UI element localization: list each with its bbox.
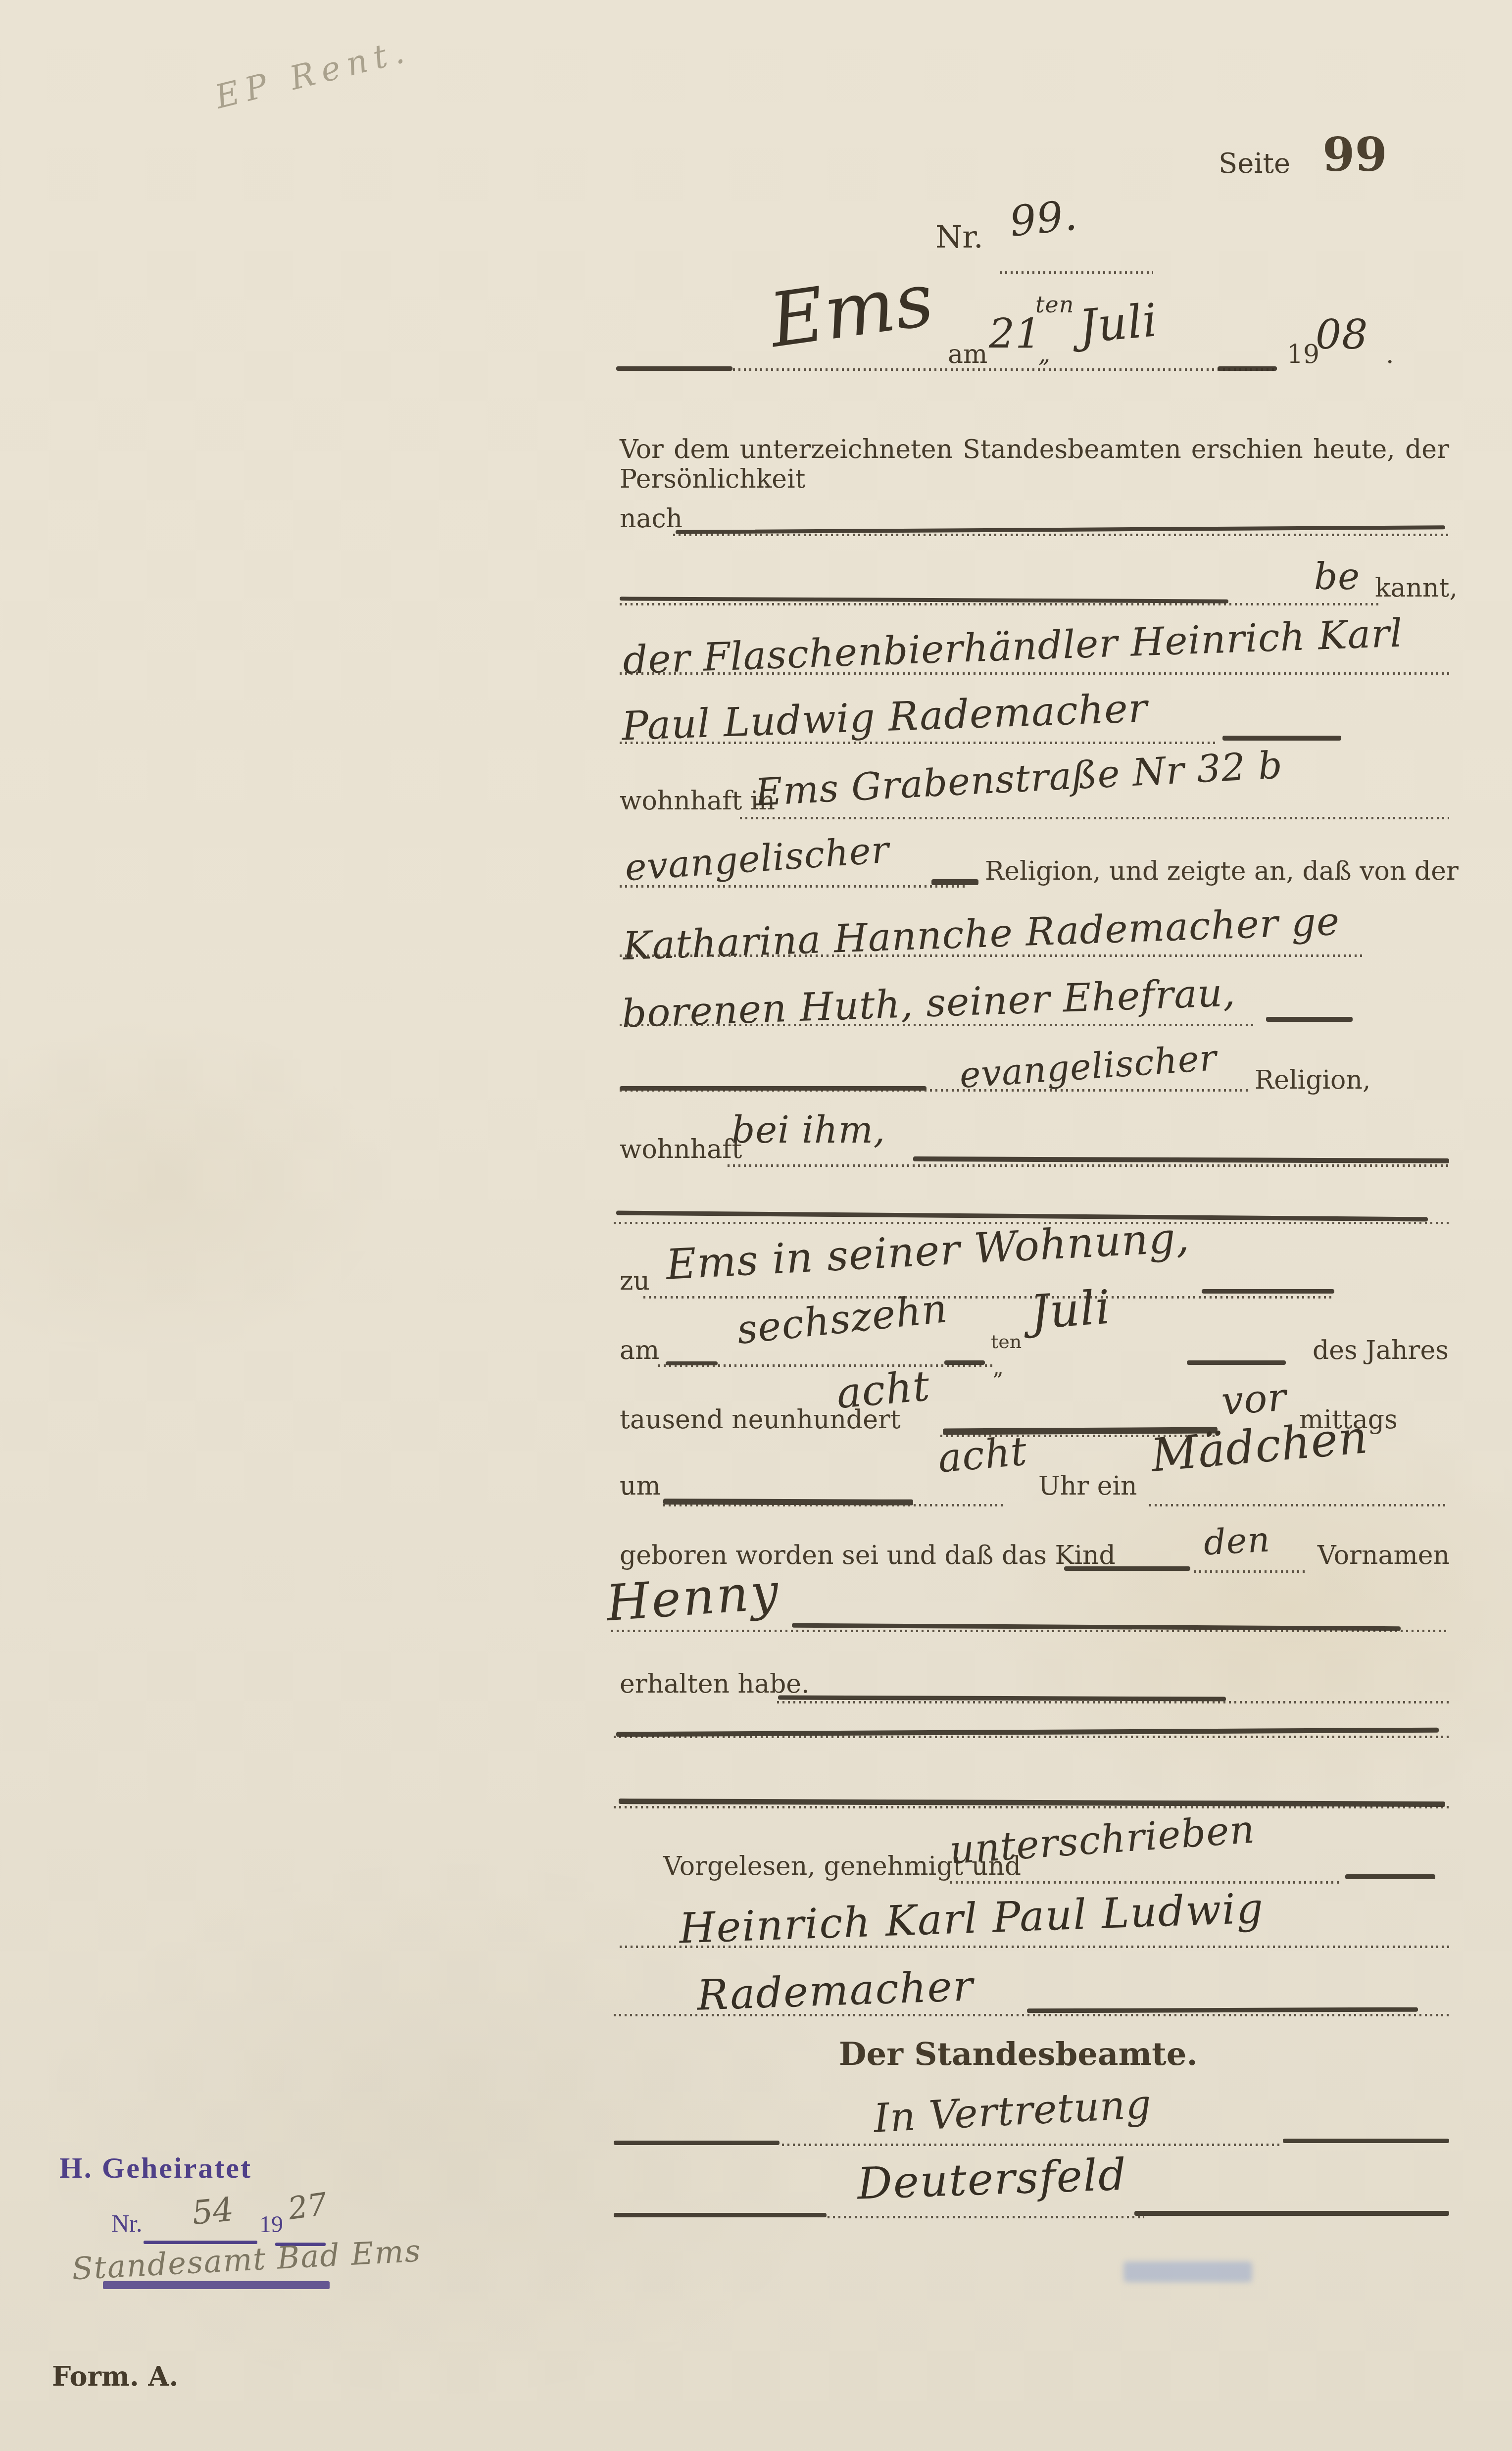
birth-place-hw: Ems in seiner Wohnung,: [665, 1213, 1191, 1289]
ink-stroke: [931, 879, 978, 885]
intro-line1: Vor dem unterzeichneten Standesbeamten e…: [620, 435, 1449, 494]
ruled-line: [1194, 1570, 1305, 1573]
ruled-line: [620, 1024, 1253, 1026]
um-label: um: [620, 1471, 661, 1501]
ink-stroke: [944, 1360, 985, 1365]
ruled-line: [663, 1504, 1005, 1506]
ink-stroke: [1345, 1874, 1435, 1879]
officer-signature: Deutersfeld: [856, 2149, 1127, 2209]
ruled-line: [620, 672, 1449, 675]
ruled-line: [828, 2216, 1144, 2218]
ink-stroke: [1222, 736, 1341, 741]
ruled-line: [620, 1089, 1248, 1092]
dateline-period: .: [1386, 340, 1394, 369]
dateline-ditto-mark: „: [1038, 341, 1051, 367]
cross-out-stroke: [676, 525, 1445, 534]
mother-religion-hw: evangelischer: [958, 1037, 1219, 1096]
declarant-line2: Paul Ludwig Rademacher: [621, 685, 1148, 749]
ruled-line: [614, 2014, 1449, 2016]
ruled-line: [673, 534, 1449, 536]
residence-hw: Ems Grabenstraße Nr 32 b: [754, 743, 1283, 814]
stamp-year-print: 19: [259, 2211, 283, 2238]
geheiratet-stamp-text: H. Geheiratet: [59, 2151, 252, 2185]
form-label: Form. A.: [52, 2360, 178, 2392]
ruled-line: [620, 1946, 1449, 1948]
ruled-line: [1149, 1504, 1446, 1506]
stamp-underline-bar: [103, 2281, 330, 2289]
religion-print-label: Religion, und zeigte an, daß von der: [985, 856, 1459, 886]
dateline-year-hw: 08: [1316, 312, 1368, 359]
dateline-am-label: am: [948, 340, 987, 369]
ruled-line: [782, 2144, 1282, 2146]
ink-stroke: [614, 2213, 827, 2217]
dateline-place: Ems: [765, 256, 939, 364]
wohnhaft-label: wohnhaft: [620, 1135, 742, 1164]
intro-nach-label: nach: [620, 504, 683, 534]
page-number: 99: [1322, 128, 1387, 182]
pencil-annotation: EP Rent.: [211, 31, 415, 116]
birth-month-hw: Juli: [1028, 1280, 1113, 1340]
dateline-day-suffix: ten: [1035, 291, 1074, 318]
ruled-line: [658, 1364, 995, 1367]
birth-day-hw: sechszehn: [734, 1285, 950, 1353]
den-hw: den: [1203, 1519, 1271, 1563]
geboren-label: geboren worden sei und daß das Kind: [620, 1541, 1116, 1570]
ten-label: ten: [991, 1331, 1022, 1352]
ruled-line: [740, 817, 1449, 819]
declarant-signature-line2: Rademacher: [696, 1961, 975, 2019]
mother-line2: borenen Huth, seiner Ehefrau,: [621, 970, 1236, 1036]
ink-stroke: [1266, 1017, 1353, 1022]
standesbeamte-title: Der Standesbeamte.: [839, 2036, 1198, 2073]
cross-out-stroke: [778, 1695, 1226, 1701]
intro-kannt-label: kannt,: [1375, 573, 1458, 603]
ruled-line: [620, 885, 966, 888]
intro-be-hw: be: [1314, 555, 1360, 598]
ink-stroke: [1064, 1566, 1190, 1571]
cross-out-stroke: [616, 1211, 1428, 1222]
blue-stamp-residue: [1123, 2261, 1252, 2282]
des-jahres-label: des Jahres: [1313, 1336, 1449, 1365]
ink-stroke: [1283, 2139, 1449, 2143]
ruled-line: [620, 742, 1219, 744]
in-vertretung-hw: In Vertretung: [873, 2081, 1153, 2141]
ruled-line: [950, 1881, 1341, 1884]
ink-stroke: [1202, 1289, 1334, 1294]
ruled-line: [1000, 271, 1153, 274]
mother-religion-print-label: Religion,: [1255, 1065, 1370, 1095]
religion-hw: evangelischer: [624, 828, 891, 889]
stamp-year-hw: 27: [286, 2186, 329, 2227]
document-scan: EP Rent. Seite 99 Nr. 99. Ems am 21 ten …: [0, 0, 1512, 2451]
ruled-line: [728, 1164, 1449, 1167]
hour-hw: acht: [936, 1428, 1029, 1481]
child-name-hw: Henny: [604, 1562, 782, 1632]
page-header-seite-label: Seite: [1219, 148, 1290, 180]
stamp-number-hw: 54: [190, 2190, 236, 2232]
dateline-day: 21: [989, 311, 1041, 358]
vornamen-label: Vornamen: [1317, 1541, 1450, 1570]
unterschrieben-hw: unterschrieben: [948, 1807, 1257, 1873]
ink-stroke: [614, 2141, 780, 2145]
ink-stroke: [1218, 366, 1277, 371]
ditto-mark: „: [993, 1355, 1004, 1380]
cross-out-stroke: [620, 597, 1228, 603]
wohnhaft-in-label: wohnhaft in: [620, 786, 775, 816]
cross-out-stroke: [913, 1156, 1449, 1163]
mother-line1: Katharina Hannche Rademacher ge: [622, 900, 1341, 969]
ruled-line: [620, 603, 1382, 605]
stamp-nr-label: Nr.: [111, 2209, 143, 2238]
ink-stroke: [1027, 2007, 1418, 2013]
ink-stroke: [1134, 2211, 1449, 2216]
ink-stroke: [1187, 1360, 1286, 1365]
ruled-line: [777, 1701, 1449, 1703]
dateline-month: Juli: [1077, 294, 1160, 353]
record-nr-value: 99.: [1007, 191, 1079, 246]
vor-hw: vor: [1220, 1375, 1288, 1424]
gender-hw: Mädchen: [1149, 1410, 1370, 1482]
zu-label: zu: [620, 1266, 650, 1296]
ruled-line: [643, 1296, 1334, 1299]
birth-year-hw: acht: [834, 1361, 932, 1418]
am-label: am: [620, 1336, 659, 1365]
record-nr-label: Nr.: [935, 219, 983, 255]
erhalten-label: erhalten habe.: [620, 1669, 810, 1699]
bei-ihm-hw: bei ihm,: [732, 1109, 885, 1151]
declarant-signature-line1: Heinrich Karl Paul Ludwig: [679, 1884, 1265, 1952]
uhr-ein-label: Uhr ein: [1038, 1471, 1137, 1501]
dateline-year-print: 19: [1287, 340, 1319, 369]
ruled-line: [620, 954, 1362, 957]
